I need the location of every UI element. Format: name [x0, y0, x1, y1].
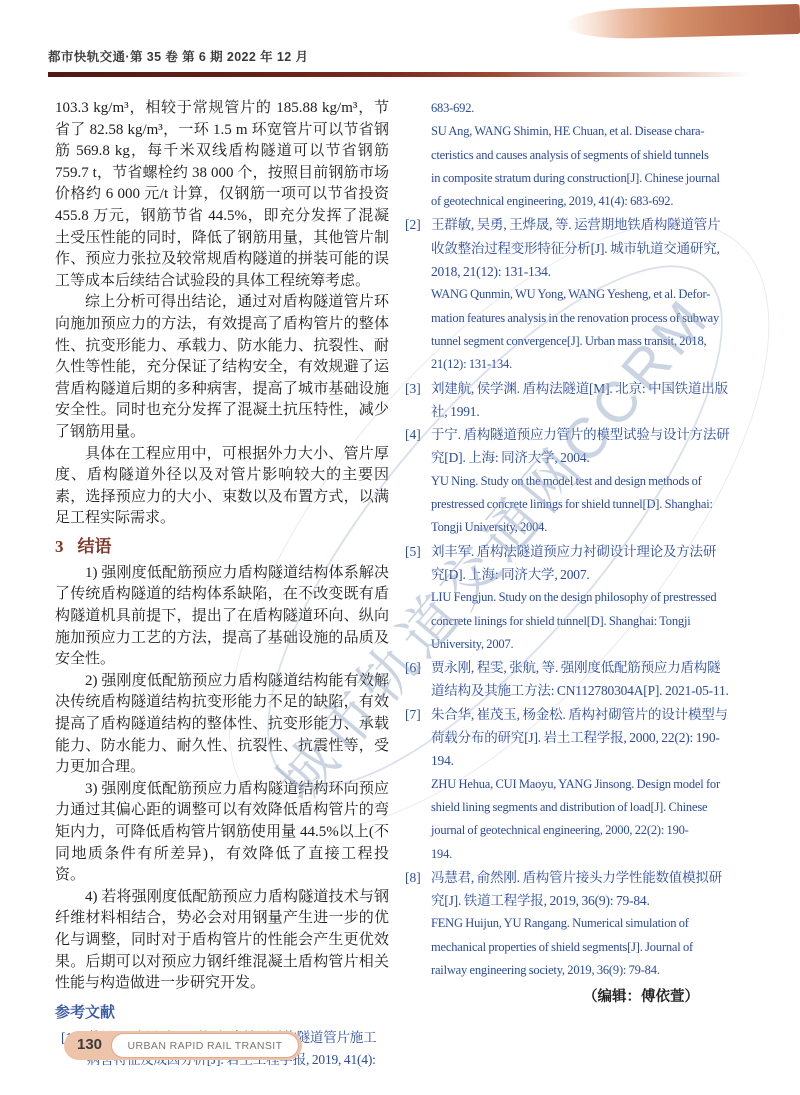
conclusion-paragraph: 4) 若将强刚度低配筋预应力盾构隧道技术与钢纤维材料相结合，势必会对用钢量产生进… [55, 887, 389, 995]
reference-line: [3]刘建航, 侯学渊. 盾构法隧道[M]. 北京: 中国铁道出版 [405, 377, 757, 400]
reference-text: 朱合华, 崔茂玉, 杨金松. 盾构衬砌管片的设计模型与 [431, 707, 728, 722]
decorative-corner-swoosh [566, 4, 800, 40]
conclusion-paragraph: 3) 强刚度低配筋预应力盾构隧道结构环向预应力通过其偏心距的调整可以有效降低盾构… [55, 779, 389, 887]
reference-text: 刘建航, 侯学渊. 盾构法隧道[M]. 北京: 中国铁道出版 [431, 381, 728, 396]
reference-text: 社, 1991. [431, 404, 480, 419]
reference-text: tunnel segment convergence[J]. Urban mas… [431, 334, 706, 348]
reference-text: of geotechnical engineering, 2019, 41(4)… [431, 194, 673, 208]
reference-text: journal of geotechnical engineering, 200… [431, 823, 689, 837]
reference-text: 194. [431, 847, 452, 861]
reference-line: in composite stratum during construction… [405, 167, 757, 190]
body-paragraph: 103.3 kg/m³，相较于常规管片的 185.88 kg/m³，节省了 82… [55, 98, 389, 292]
reference-text: railway engineering society, 2019, 36(9)… [431, 963, 660, 977]
journal-name-pill: URBAN RAPID RAIL TRANSIT [111, 1033, 299, 1058]
reference-line: journal of geotechnical engineering, 200… [405, 819, 757, 842]
reference-line: ZHU Hehua, CUI Maoyu, YANG Jinsong. Desi… [405, 773, 757, 796]
reference-line: [2]王群敏, 吴勇, 王烨晟, 等. 运营期地铁盾构隧道管片 [405, 213, 757, 236]
reference-text: 2018, 21(12): 131-134. [431, 264, 551, 279]
reference-line: University, 2007. [405, 633, 757, 656]
reference-marker: [8] [405, 866, 421, 889]
reference-line: railway engineering society, 2019, 36(9)… [405, 959, 757, 982]
section-title: 结语 [78, 537, 112, 556]
reference-line: YU Ning. Study on the model test and des… [405, 470, 757, 493]
section-heading: 3结语 [55, 535, 389, 559]
right-column: 683-692. SU Ang, WANG Shimin, HE Chuan, … [405, 97, 757, 1008]
reference-text: LIU Fengjun. Study on the design philoso… [431, 590, 716, 604]
reference-line: 究[J]. 铁道工程学报, 2019, 36(9): 79-84. [405, 889, 757, 912]
reference-text: 冯慧君, 俞然刚. 盾构管片接头力学性能数值模拟研 [431, 870, 722, 885]
section-number: 3 [55, 537, 64, 556]
body-paragraph: 综上分析可得出结论，通过对盾构隧道管片环向施加预应力的方法，有效提高了盾构管片的… [55, 292, 389, 443]
reference-text: Tongji University, 2004. [431, 520, 547, 534]
reference-text: 194. [431, 753, 454, 768]
reference-line: 社, 1991. [405, 400, 757, 423]
reference-text: 究[D]. 上海: 同济大学, 2007. [431, 567, 590, 582]
reference-line: prestressed concrete linings for shield … [405, 493, 757, 516]
reference-text: 683-692. [431, 101, 474, 115]
reference-text: University, 2007. [431, 637, 513, 651]
references-list-right: 683-692. SU Ang, WANG Shimin, HE Chuan, … [405, 97, 757, 982]
journal-header-info: 都市快轨交通·第 35 卷 第 6 期 2022 年 12 月 [48, 47, 308, 65]
reference-text: 究[D]. 上海: 同济大学, 2004. [431, 450, 590, 465]
reference-marker: [6] [405, 656, 421, 679]
reference-line: FENG Huijun, YU Rangang. Numerical simul… [405, 912, 757, 935]
reference-text: YU Ning. Study on the model test and des… [431, 474, 702, 488]
reference-text: shield lining segments and distribution … [431, 800, 707, 814]
reference-line: 道结构及其施工方法: CN112780304A[P]. 2021-05-11. [405, 679, 757, 702]
reference-text: in composite stratum during construction… [431, 171, 720, 185]
reference-text: 于宁. 盾构隧道预应力管片的模型试验与设计方法研 [431, 427, 729, 442]
reference-marker: [5] [405, 540, 421, 563]
references-heading: 参考文献 [55, 1002, 389, 1024]
reference-text: 王群敏, 吴勇, 王烨晟, 等. 运营期地铁盾构隧道管片 [431, 217, 720, 232]
reference-line: 收敛整治过程变形特征分析[J]. 城市轨道交通研究, [405, 237, 757, 260]
reference-line: [5]刘丰军. 盾构法隧道预应力衬砌设计理论及方法研 [405, 540, 757, 563]
reference-marker: [2] [405, 213, 421, 236]
reference-line: mation features analysis in the renovati… [405, 307, 757, 330]
reference-marker: [4] [405, 423, 421, 446]
reference-text: mechanical properties of shield segments… [431, 940, 693, 954]
editor-note: （编辑：傅依萱） [405, 986, 757, 1008]
reference-line: 究[D]. 上海: 同济大学, 2004. [405, 446, 757, 469]
reference-line: 2018, 21(12): 131-134. [405, 260, 757, 283]
header-rule-divider [48, 72, 772, 77]
journal-name-en: URBAN RAPID RAIL TRANSIT [128, 1040, 283, 1052]
reference-line: concrete linings for shield tunnel[D]. S… [405, 610, 757, 633]
reference-text: prestressed concrete linings for shield … [431, 497, 713, 511]
reference-text: 道结构及其施工方法: CN112780304A[P]. 2021-05-11. [431, 683, 729, 698]
reference-line: LIU Fengjun. Study on the design philoso… [405, 586, 757, 609]
reference-line: cteristics and causes analysis of segmen… [405, 144, 757, 167]
reference-text: FENG Huijun, YU Rangang. Numerical simul… [431, 916, 689, 930]
reference-line: [6]贾永刚, 程雯, 张航, 等. 强刚度低配筋预应力盾构隧 [405, 656, 757, 679]
left-column: 103.3 kg/m³，相较于常规管片的 185.88 kg/m³，节省了 82… [55, 98, 389, 1071]
reference-line: 194. [405, 749, 757, 772]
reference-text: 荷载分布的研究[J]. 岩土工程学报, 2000, 22(2): 190- [431, 730, 720, 745]
reference-line: 21(12): 131-134. [405, 353, 757, 376]
conclusion-paragraph: 1) 强刚度低配筋预应力盾构隧道结构体系解决了传统盾构隧道的结构体系缺陷，在不改… [55, 563, 389, 671]
reference-text: cteristics and causes analysis of segmen… [431, 148, 709, 162]
reference-line: tunnel segment convergence[J]. Urban mas… [405, 330, 757, 353]
reference-text: 刘丰军. 盾构法隧道预应力衬砌设计理论及方法研 [431, 544, 716, 559]
reference-line: 究[D]. 上海: 同济大学, 2007. [405, 563, 757, 586]
page-number: 130 [77, 1036, 102, 1053]
footer-page-badge: 130 URBAN RAPID RAIL TRANSIT [64, 1031, 302, 1060]
reference-marker: [7] [405, 703, 421, 726]
reference-line: [8]冯慧君, 俞然刚. 盾构管片接头力学性能数值模拟研 [405, 866, 757, 889]
reference-line: [4]于宁. 盾构隧道预应力管片的模型试验与设计方法研 [405, 423, 757, 446]
reference-line: of geotechnical engineering, 2019, 41(4)… [405, 190, 757, 213]
reference-line: Tongji University, 2004. [405, 516, 757, 539]
reference-text: SU Ang, WANG Shimin, HE Chuan, et al. Di… [431, 124, 704, 138]
reference-line: 194. [405, 843, 757, 866]
reference-text: concrete linings for shield tunnel[D]. S… [431, 614, 691, 628]
reference-line: 683-692. [405, 97, 757, 120]
reference-line: WANG Qunmin, WU Yong, WANG Yesheng, et a… [405, 283, 757, 306]
reference-text: 收敛整治过程变形特征分析[J]. 城市轨道交通研究, [431, 241, 720, 256]
reference-line: 荷载分布的研究[J]. 岩土工程学报, 2000, 22(2): 190- [405, 726, 757, 749]
reference-text: 21(12): 131-134. [431, 357, 512, 371]
reference-text: 贾永刚, 程雯, 张航, 等. 强刚度低配筋预应力盾构隧 [431, 660, 720, 675]
reference-text: mation features analysis in the renovati… [431, 311, 719, 325]
body-paragraph: 具体在工程应用中，可根据外力大小、管片厚度、盾构隧道外径以及对管片影响较大的主要… [55, 444, 389, 530]
reference-line: [7]朱合华, 崔茂玉, 杨金松. 盾构衬砌管片的设计模型与 [405, 703, 757, 726]
reference-text: WANG Qunmin, WU Yong, WANG Yesheng, et a… [431, 287, 710, 301]
reference-line: shield lining segments and distribution … [405, 796, 757, 819]
reference-line: SU Ang, WANG Shimin, HE Chuan, et al. Di… [405, 120, 757, 143]
reference-text: 究[J]. 铁道工程学报, 2019, 36(9): 79-84. [431, 893, 650, 908]
reference-line: mechanical properties of shield segments… [405, 936, 757, 959]
reference-text: ZHU Hehua, CUI Maoyu, YANG Jinsong. Desi… [431, 777, 720, 791]
reference-marker: [3] [405, 377, 421, 400]
conclusion-paragraph: 2) 强刚度低配筋预应力盾构隧道结构能有效解决传统盾构隧道结构抗变形能力不足的缺… [55, 671, 389, 779]
